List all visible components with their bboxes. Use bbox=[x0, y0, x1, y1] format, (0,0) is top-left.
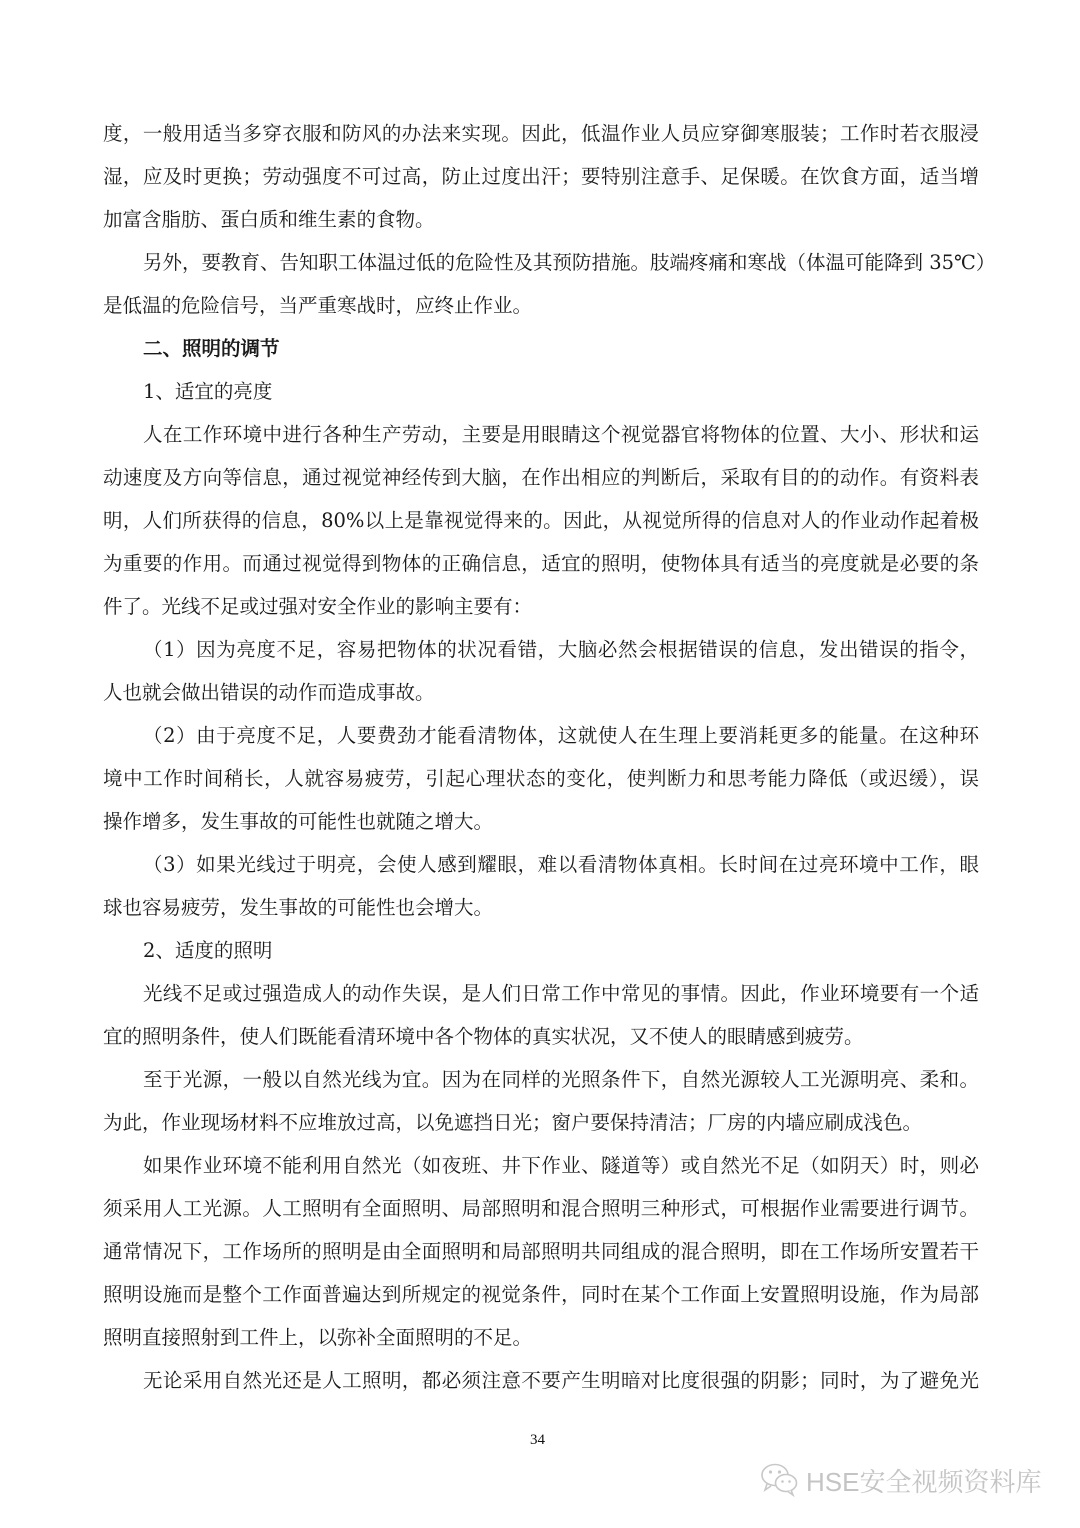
text-line: 另外，要教育、告知职工体温过低的危险性及其预防措施。肢端疼痛和寒战（体温可能降到… bbox=[143, 251, 979, 275]
text-line: （1）因为亮度不足，容易把物体的状况看错，大脑必然会根据错误的信息，发出错误的指… bbox=[143, 638, 979, 662]
text-line: 如果作业环境不能利用自然光（如夜班、井下作业、隧道等）或自然光不足（如阴天）时，… bbox=[143, 1154, 979, 1178]
text-line: 2、适度的照明 bbox=[143, 939, 979, 963]
text-line: 人在工作环境中进行各种生产劳动，主要是用眼睛这个视觉器官将物体的位置、大小、形状… bbox=[143, 423, 979, 447]
text-line: 照明直接照射到工件上，以弥补全面照明的不足。 bbox=[103, 1326, 979, 1350]
text-line: 是低温的危险信号，当严重寒战时，应终止作业。 bbox=[103, 294, 979, 318]
document-page: 度，一般用适当多穿衣服和防风的办法来实现。因此，低温作业人员应穿御寒服装；工作时… bbox=[0, 0, 1080, 1528]
text-line: 件了。光线不足或过强对安全作业的影响主要有： bbox=[103, 595, 979, 619]
wechat-icon bbox=[760, 1462, 800, 1498]
text-line: 为重要的作用。而通过视觉得到物体的正确信息，适宜的照明，使物体具有适当的亮度就是… bbox=[103, 552, 979, 576]
watermark: HSE安全视频资料库 bbox=[760, 1460, 1041, 1500]
page-number: 34 bbox=[530, 1432, 545, 1449]
text-line: 为此，作业现场材料不应堆放过高，以免遮挡日光；窗户要保持清洁；厂房的内墙应刷成浅… bbox=[103, 1111, 979, 1135]
text-line: （2）由于亮度不足，人要费劲才能看清物体，这就使人在生理上要消耗更多的能量。在这… bbox=[143, 724, 979, 748]
text-line: 动速度及方向等信息，通过视觉神经传到大脑，在作出相应的判断后，采取有目的的动作。… bbox=[103, 466, 979, 490]
text-line: 操作增多，发生事故的可能性也就随之增大。 bbox=[103, 810, 979, 834]
text-line: 人也就会做出错误的动作而造成事故。 bbox=[103, 681, 979, 705]
text-line: 无论采用自然光还是人工照明，都必须注意不要产生明暗对比度很强的阴影；同时，为了避… bbox=[143, 1369, 979, 1393]
text-line: 通常情况下，工作场所的照明是由全面照明和局部照明共同组成的混合照明，即在工作场所… bbox=[103, 1240, 979, 1264]
text-line: 球也容易疲劳，发生事故的可能性也会增大。 bbox=[103, 896, 979, 920]
text-line: 湿，应及时更换；劳动强度不可过高，防止过度出汗；要特别注意手、足保暖。在饮食方面… bbox=[103, 165, 979, 189]
text-line: 明，人们所获得的信息，80%以上是靠视觉得来的。因此，从视觉所得的信息对人的作业… bbox=[103, 509, 979, 533]
text-line: （3）如果光线过于明亮，会使人感到耀眼，难以看清物体真相。长时间在过亮环境中工作… bbox=[143, 853, 979, 877]
text-line: 度，一般用适当多穿衣服和防风的办法来实现。因此，低温作业人员应穿御寒服装；工作时… bbox=[103, 122, 979, 146]
text-line: 1、适宜的亮度 bbox=[143, 380, 979, 404]
text-line: 照明设施而是整个工作面普遍达到所规定的视觉条件，同时在某个工作面上安置照明设施，… bbox=[103, 1283, 979, 1307]
text-line: 加富含脂肪、蛋白质和维生素的食物。 bbox=[103, 208, 979, 232]
text-line: 光线不足或过强造成人的动作失误，是人们日常工作中常见的事情。因此，作业环境要有一… bbox=[143, 982, 979, 1006]
watermark-text: HSE安全视频资料库 bbox=[806, 1462, 1041, 1499]
text-line: 须采用人工光源。人工照明有全面照明、局部照明和混合照明三种形式，可根据作业需要进… bbox=[103, 1197, 979, 1221]
text-line: 宜的照明条件，使人们既能看清环境中各个物体的真实状况，又不使人的眼睛感到疲劳。 bbox=[103, 1025, 979, 1049]
text-line: 至于光源，一般以自然光线为宜。因为在同样的光照条件下，自然光源较人工光源明亮、柔… bbox=[143, 1068, 979, 1092]
section-heading: 二、照明的调节 bbox=[143, 337, 979, 361]
text-line: 境中工作时间稍长，人就容易疲劳，引起心理状态的变化，使判断力和思考能力降低（或迟… bbox=[103, 767, 979, 791]
